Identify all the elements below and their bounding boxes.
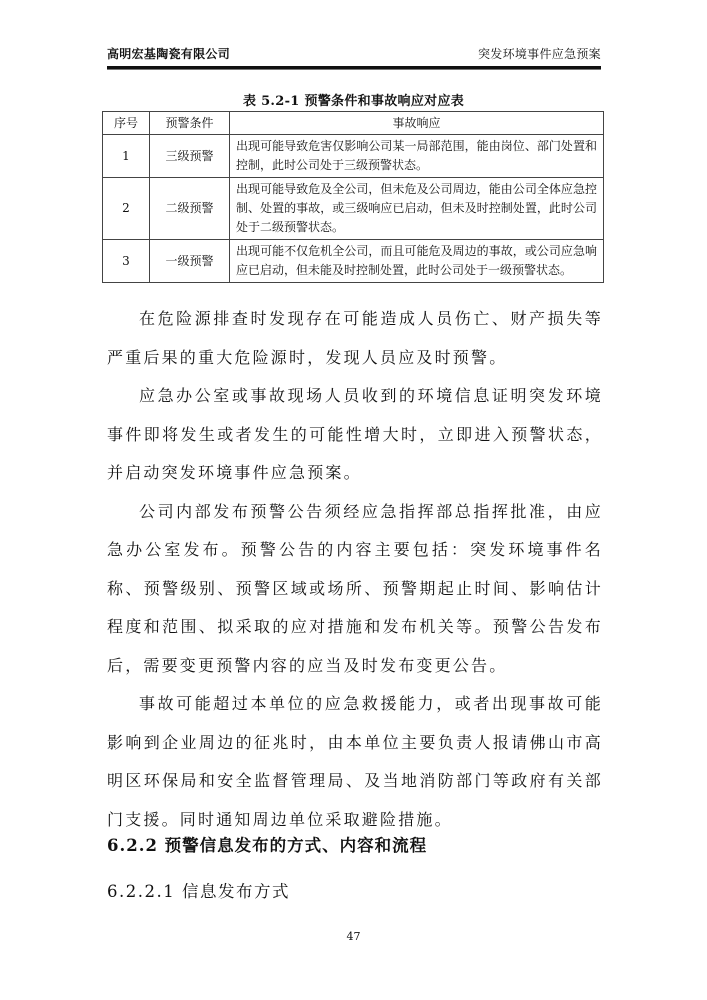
row-number: 3	[103, 240, 150, 283]
paragraph: 事故可能超过本单位的应急救援能力，或者出现事故可能影响到企业周边的征兆时，由本单…	[107, 685, 603, 839]
subsection-heading: 6.2.2.1 信息发布方式	[107, 878, 290, 902]
row-response: 出现可能导致危害仅影响公司某一局部范围，能由岗位、部门处置和控制，此时公司处于三…	[230, 135, 604, 178]
document-title: 突发环境事件应急预案	[478, 45, 601, 62]
section-heading: 6.2.2 预警信息发布的方式、内容和流程	[107, 832, 427, 856]
row-number: 1	[103, 135, 150, 178]
body-text: 在危险源排查时发现存在可能造成人员伤亡、财产损失等严重后果的重大危险源时，发现人…	[107, 300, 603, 839]
row-condition: 一级预警	[150, 240, 230, 283]
paragraph: 在危险源排查时发现存在可能造成人员伤亡、财产损失等严重后果的重大危险源时，发现人…	[107, 300, 603, 377]
column-header-condition: 预警条件	[150, 112, 230, 135]
paragraph: 公司内部发布预警公告须经应急指挥部总指挥批准，由应急办公室发布。预警公告的内容主…	[107, 493, 603, 686]
table-header-row: 序号 预警条件 事故响应	[103, 112, 604, 135]
page-number: 47	[0, 930, 707, 943]
column-header-number: 序号	[103, 112, 150, 135]
company-name: 高明宏基陶瓷有限公司	[107, 45, 230, 62]
paragraph: 应急办公室或事故现场人员收到的环境信息证明突发环境事件即将发生或者发生的可能性增…	[107, 377, 603, 493]
table-row: 1 三级预警 出现可能导致危害仅影响公司某一局部范围，能由岗位、部门处置和控制，…	[103, 135, 604, 178]
row-condition: 三级预警	[150, 135, 230, 178]
table-row: 2 二级预警 出现可能导致危及全公司，但未危及公司周边，能由公司全体应急控制、处…	[103, 178, 604, 240]
warning-response-table: 序号 预警条件 事故响应 1 三级预警 出现可能导致危害仅影响公司某一局部范围，…	[102, 111, 604, 283]
table-caption: 表 5.2-1 预警条件和事故响应对应表	[0, 90, 707, 109]
row-number: 2	[103, 178, 150, 240]
table-row: 3 一级预警 出现可能不仅危机全公司，而且可能危及周边的事故，或公司应急响应已启…	[103, 240, 604, 283]
column-header-response: 事故响应	[230, 112, 604, 135]
row-condition: 二级预警	[150, 178, 230, 240]
row-response: 出现可能不仅危机全公司，而且可能危及周边的事故，或公司应急响应已启动，但未能及时…	[230, 240, 604, 283]
row-response: 出现可能导致危及全公司，但未危及公司周边，能由公司全体应急控制、处置的事故，或三…	[230, 178, 604, 240]
page-header: 高明宏基陶瓷有限公司 突发环境事件应急预案	[107, 44, 601, 69]
